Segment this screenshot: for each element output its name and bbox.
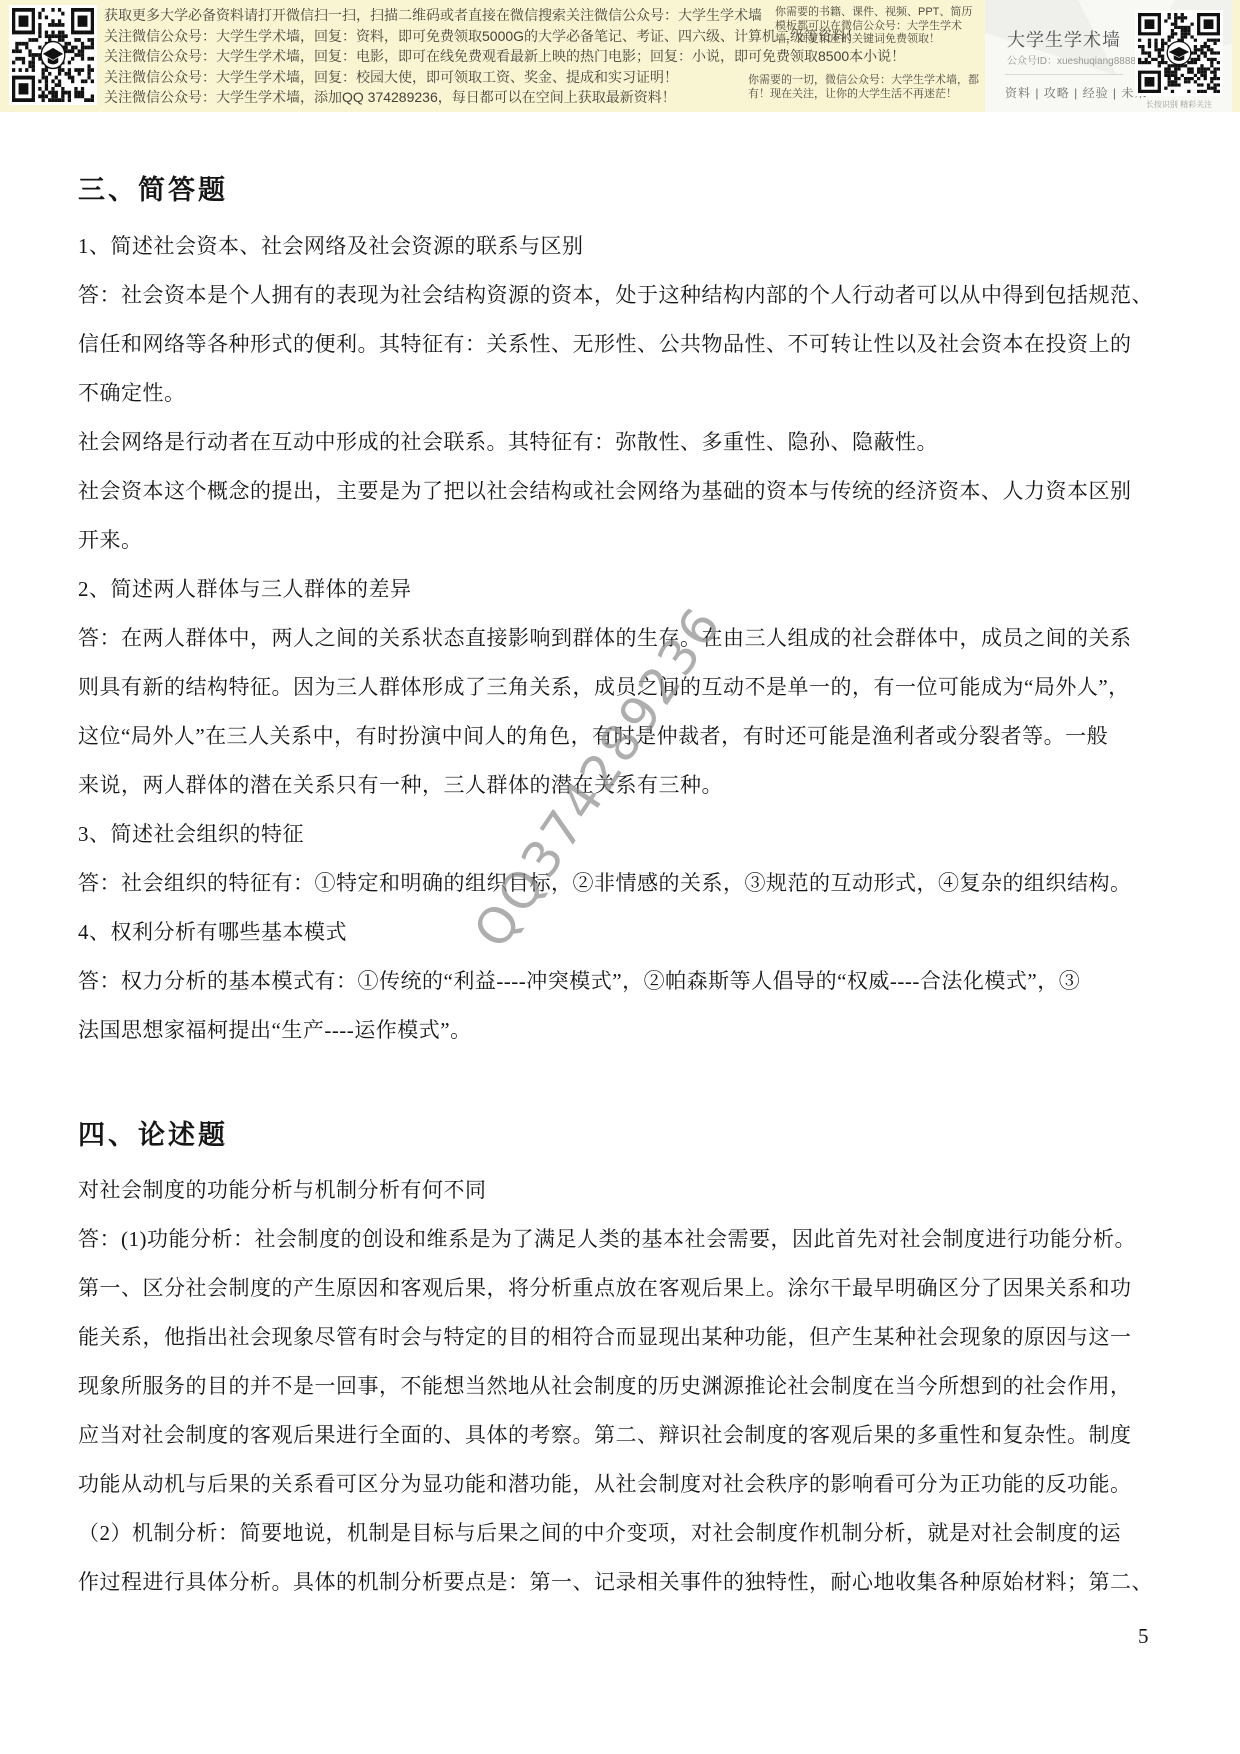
document-text-line: 第一、区分社会制度的产生原因和客观后果，将分析重点放在客观后果上。涂尔干最早明确… xyxy=(78,1264,1160,1313)
banner-note-bottom: 你需要的一切，微信公众号：大学生学术墙，都有！现在关注，让你的大学生活不再迷茫！ xyxy=(748,73,1000,101)
document-text-line: 社会资本这个概念的提出，主要是为了把以社会结构或社会网络为基础的资本与传统的经济… xyxy=(78,467,1160,516)
document-text-line: 现象所服务的目的并不是一回事，不能想当然地从社会制度的历史渊源推论社会制度在当今… xyxy=(78,1362,1160,1411)
account-id: 公众号ID：xueshuqiang8888 xyxy=(1007,52,1136,67)
document-text-line: 则具有新的结构特征。因为三人群体形成了三角关系，成员之间的互动不是单一的，有一位… xyxy=(78,663,1160,712)
banner-note-top: 你需要的书籍、课件、视频、PPT、简历模板都可以在微信公众号：大学生学术墙，回复… xyxy=(775,6,983,47)
document-text-line: 能关系，他指出社会现象尽管有时会与特定的目的相符合而显现出某种功能，但产生某种社… xyxy=(78,1313,1160,1362)
document-text-line: 应当对社会制度的客观后果进行全面的、具体的考察。第二、辩识社会制度的客观后果的多… xyxy=(78,1411,1160,1460)
document-text-line: 三、简答题 xyxy=(78,172,1160,208)
document-text-line: 功能从动机与后果的关系看可区分为显功能和潜功能，从社会制度对社会秩序的影响看可分… xyxy=(78,1460,1160,1509)
account-title: 大学生学术墙 xyxy=(1007,26,1121,52)
document-text-line: 作过程进行具体分析。具体的机制分析要点是：第一、记录相关事件的独特性，耐心地收集… xyxy=(78,1558,1160,1607)
document-text-line: 2、简述两人群体与三人群体的差异 xyxy=(78,565,1160,614)
qr-code-icon xyxy=(1138,13,1220,93)
document-text-line: 1、简述社会资本、社会网络及社会资源的联系与区别 xyxy=(78,222,1160,271)
document-page: 三、简答题 1、简述社会资本、社会网络及社会资源的联系与区别 答：社会资本是个人… xyxy=(0,112,1240,1607)
account-card: 大学生学术墙 公众号ID：xueshuqiang8888 资料 | 攻略 | 经… xyxy=(985,0,1232,112)
document-text-line: 这位“局外人”在三人关系中，有时扮演中间人的角色，有时是仲裁者，有时还可能是渔利… xyxy=(78,712,1160,761)
promo-banner: 获取更多大学必备资料请打开微信扫一扫，扫描二维码或者直接在微信搜索关注微信公众号… xyxy=(0,0,1240,112)
document-text-line: 4、权利分析有哪些基本模式 xyxy=(78,908,1160,957)
document-text-line: 不确定性。 xyxy=(78,369,1160,418)
document-text-line: 3、简述社会组织的特征 xyxy=(78,810,1160,859)
page-number: 5 xyxy=(1138,1624,1149,1649)
banner-promo-line: 关注微信公众号：大学生学术墙，回复：电影，即可在线免费观看最新上映的热门电影；回… xyxy=(104,46,905,67)
qr-caption: 长按识别 精彩关注 xyxy=(1135,99,1223,110)
document-text-line: 答：(1)功能分析：社会制度的创设和维系是为了满足人类的基本社会需要，因此首先对… xyxy=(78,1215,1160,1264)
wechat-qr-code-left xyxy=(9,5,97,105)
document-text-line: 答：社会资本是个人拥有的表现为社会结构资源的资本，处于这种结构内部的个人行动者可… xyxy=(78,271,1160,320)
document-text-line: 答：在两人群体中，两人之间的关系状态直接影响到群体的生存。在由三人组成的社会群体… xyxy=(78,614,1160,663)
document-text-line: 四、论述题 xyxy=(78,1117,1160,1153)
document-text-line: 答：社会组织的特征有：①特定和明确的组织目标，②非情感的关系，③规范的互动形式，… xyxy=(78,859,1160,908)
document-text-line: 法国思想家福柯提出“生产----运作模式”。 xyxy=(78,1006,1160,1055)
card-divider xyxy=(1005,74,1123,75)
document-text-line: 对社会制度的功能分析与机制分析有何不同 xyxy=(78,1166,1160,1215)
qr-code-icon xyxy=(12,8,94,102)
document-text-line: 信任和网络等各种形式的便利。其特征有：关系性、无形性、公共物品性、不可转让性以及… xyxy=(78,320,1160,369)
document-text-line: （2）机制分析：简要地说，机制是目标与后果之间的中介变项，对社会制度作机制分析，… xyxy=(78,1509,1160,1558)
document-text-line: 答：权力分析的基本模式有：①传统的“利益----冲突模式”，②帕森斯等人倡导的“… xyxy=(78,957,1160,1006)
document-text-line: 开来。 xyxy=(78,516,1160,565)
document-text-line: 社会网络是行动者在互动中形成的社会联系。其特征有：弥散性、多重性、隐孙、隐蔽性。 xyxy=(78,418,1160,467)
account-categories: 资料 | 攻略 | 经验 | 未来 xyxy=(1005,84,1147,101)
wechat-qr-code-right xyxy=(1135,10,1223,96)
document-text-line: 来说，两人群体的潜在关系只有一种，三人群体的潜在关系有三种。 xyxy=(78,761,1160,810)
